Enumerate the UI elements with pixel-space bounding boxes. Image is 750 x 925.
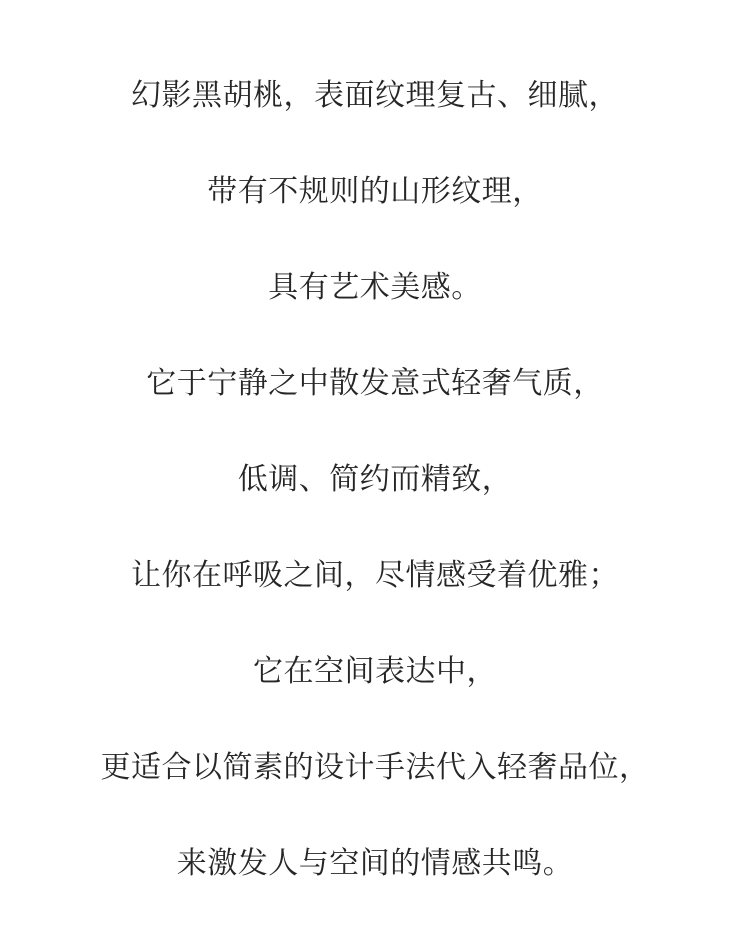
copy-line-4: 它于宁静之中散发意式轻奢气质， bbox=[0, 336, 750, 432]
copy-line-1: 幻影黑胡桃，表面纹理复古、细腻， bbox=[0, 48, 750, 144]
copy-line-7: 它在空间表达中， bbox=[0, 624, 750, 720]
copy-line-5: 低调、简约而精致， bbox=[0, 432, 750, 528]
copy-line-3: 具有艺术美感。 bbox=[0, 240, 750, 336]
copy-line-8: 更适合以简素的设计手法代入轻奢品位， bbox=[0, 720, 750, 816]
copy-line-6: 让你在呼吸之间，尽情感受着优雅； bbox=[0, 528, 750, 624]
copy-line-2: 带有不规则的山形纹理， bbox=[0, 144, 750, 240]
product-copy-block: 幻影黑胡桃，表面纹理复古、细腻， 带有不规则的山形纹理， 具有艺术美感。 它于宁… bbox=[0, 0, 750, 912]
copy-line-9: 来激发人与空间的情感共鸣。 bbox=[0, 816, 750, 912]
